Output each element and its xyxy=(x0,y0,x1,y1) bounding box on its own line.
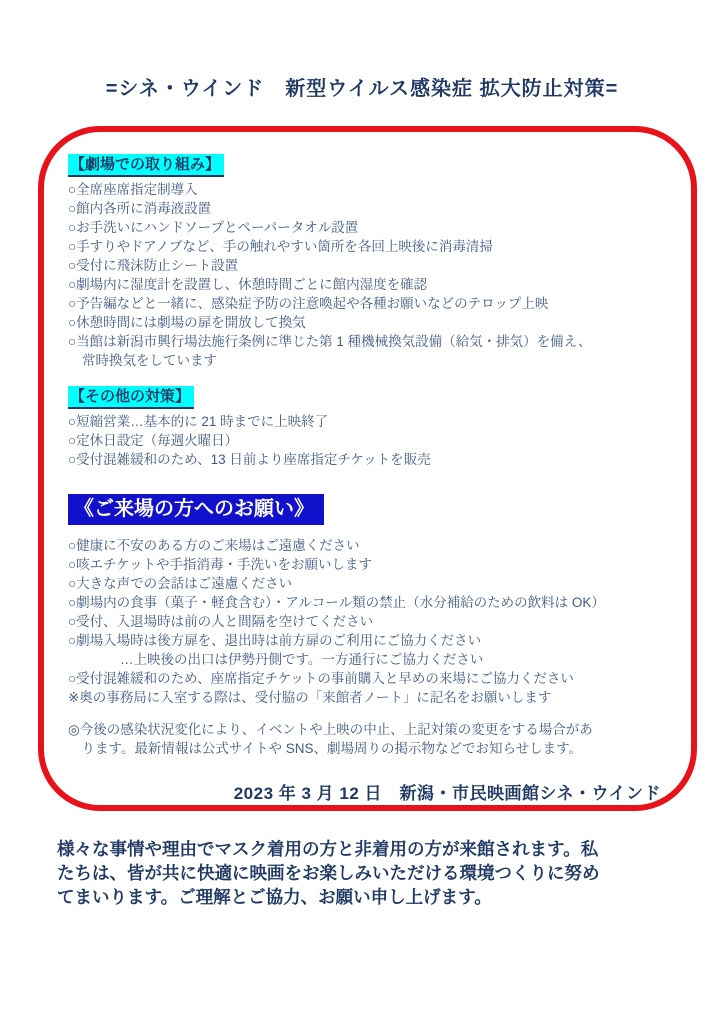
list-item: ※奥の事務局に入室する際は、受付脇の「来館者ノート」に記名をお願いします xyxy=(68,688,661,707)
visitors-banner-row: 《ご来場の方へのお願い》 xyxy=(68,469,661,525)
list-item: ○大きな声での会話はご遠慮ください xyxy=(68,574,661,593)
list-item: ○健康に不安のある方のご来場はご遠慮ください xyxy=(68,536,661,555)
document-title: =シネ・ウインド 新型ウイルス感染症 拡大防止対策= xyxy=(0,0,724,102)
list-item-indented: …上映後の出口は伊勢丹側です。一方通行にご協力ください xyxy=(68,650,661,669)
list-item: ○全席座席指定制導入 xyxy=(68,180,661,199)
list-item: ○手すりやドアノブなど、手の触れやすい箇所を各回上映後に消毒清掃 xyxy=(68,237,661,256)
list-item: ○劇場内の食事（菓子・軽食含む）・アルコール類の禁止（水分補給のための飲料は O… xyxy=(68,593,661,612)
list-item: ○休憩時間には劇場の扉を開放して換気 xyxy=(68,313,661,332)
date-line: 2023 年 3 月 12 日 新潟・市民映画館シネ・ウインド xyxy=(68,779,661,804)
list-item: ○劇場内に湿度計を設置し、休憩時間ごとに館内湿度を確認 xyxy=(68,275,661,294)
list-item: ○咳エチケットや手指消毒・手洗いをお願いします xyxy=(68,555,661,574)
list-item: ○劇場入場時は後方扉を、退出時は前方扉のご利用にご協力ください xyxy=(68,631,661,650)
list-item: ○館内各所に消毒液設置 xyxy=(68,199,661,218)
list-item: ○受付に飛沫防止シート設置 xyxy=(68,256,661,275)
flyer-page: =シネ・ウインド 新型ウイルス感染症 拡大防止対策= 【劇場での取り組み】 ○全… xyxy=(0,0,724,1024)
footer-message: 様々な事情や理由でマスク着用の方と非着用の方が来館されます。私 たちは、皆が共に… xyxy=(57,837,670,909)
visitors-request-list: ○健康に不安のある方のご来場はご遠慮ください ○咳エチケットや手指消毒・手洗いを… xyxy=(68,536,661,707)
list-item: ○短縮営業…基本的に 21 時までに上映終了 xyxy=(68,412,661,431)
list-item: ○受付、入退場時は前の人と間隔を空けてください xyxy=(68,612,661,631)
list-item: ○受付混雑緩和のため、座席指定チケットの事前購入と早めの来場にご協力ください xyxy=(68,669,661,688)
section-heading-other: 【その他の対策】 xyxy=(68,386,661,409)
section-heading-other-label: 【その他の対策】 xyxy=(68,386,194,409)
theater-measures-list: ○全席座席指定制導入 ○館内各所に消毒液設置 ○お手洗いにハンドソープとペーパー… xyxy=(68,180,661,370)
list-item: ○当館は新潟市興行場法施行条例に準じた第 1 種機械換気設備（給気・排気）を備え… xyxy=(68,332,661,370)
list-item: ○お手洗いにハンドソープとペーパータオル設置 xyxy=(68,218,661,237)
note-paragraph: ◎今後の感染状況変化により、イベントや上映の中止、上記対策の変更をする場合があ … xyxy=(68,720,661,758)
section-heading-theater: 【劇場での取り組み】 xyxy=(68,154,661,177)
visitors-request-banner: 《ご来場の方へのお願い》 xyxy=(68,494,324,525)
list-item: ○受付混雑緩和のため、13 日前より座席指定チケットを販売 xyxy=(68,450,661,469)
list-item: ○予告編などと一緒に、感染症予防の注意喚起や各種お願いなどのテロップ上映 xyxy=(68,294,661,313)
list-item: ○定休日設定（毎週火曜日） xyxy=(68,431,661,450)
prevention-measures-box: 【劇場での取り組み】 ○全席座席指定制導入 ○館内各所に消毒液設置 ○お手洗いに… xyxy=(38,126,697,811)
other-measures-list: ○短縮営業…基本的に 21 時までに上映終了 ○定休日設定（毎週火曜日） ○受付… xyxy=(68,412,661,469)
section-heading-theater-label: 【劇場での取り組み】 xyxy=(68,154,224,177)
